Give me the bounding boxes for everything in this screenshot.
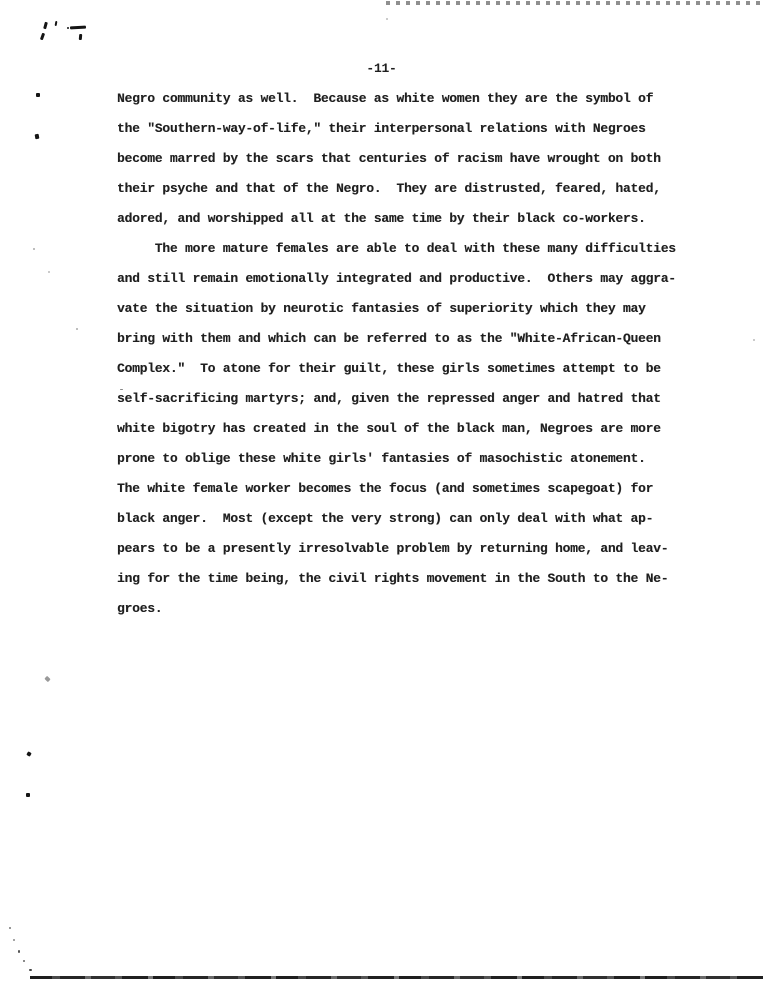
text-line: become marred by the scars that centurie… bbox=[117, 144, 676, 174]
page-number: -11- bbox=[0, 61, 763, 76]
ink-mark bbox=[43, 22, 48, 30]
ink-mark bbox=[44, 676, 50, 682]
scan-speck bbox=[13, 939, 15, 941]
scan-speck bbox=[23, 960, 25, 962]
ink-mark bbox=[40, 33, 45, 41]
scan-speck bbox=[9, 927, 11, 929]
text-line: bring with them and which can be referre… bbox=[117, 324, 676, 354]
scan-speck bbox=[386, 18, 388, 20]
paragraph-1: Negro community as well. Because as whit… bbox=[117, 84, 676, 234]
text-line: adored, and worshipped all at the same t… bbox=[117, 204, 676, 234]
text-line: pears to be a presently irresolvable pro… bbox=[117, 534, 676, 564]
text-line: their psyche and that of the Negro. They… bbox=[117, 174, 676, 204]
document-body: Negro community as well. Because as whit… bbox=[117, 84, 676, 624]
ink-mark bbox=[70, 26, 86, 30]
text-line: the "Southern-way-of-life," their interp… bbox=[117, 114, 676, 144]
scan-speck bbox=[48, 271, 50, 273]
document-page: -11- Negro community as well. Because as… bbox=[0, 0, 763, 982]
ink-mark bbox=[67, 27, 69, 29]
scan-speck bbox=[76, 328, 78, 330]
text-line: Complex." To atone for their guilt, thes… bbox=[117, 354, 676, 384]
ink-mark bbox=[26, 793, 30, 797]
text-line: Negro community as well. Because as whit… bbox=[117, 84, 676, 114]
ink-mark bbox=[26, 751, 31, 756]
text-line: groes. bbox=[117, 594, 676, 624]
ink-mark bbox=[55, 21, 58, 26]
text-line: black anger. Most (except the very stron… bbox=[117, 504, 676, 534]
ink-mark bbox=[36, 93, 40, 97]
perforation-dotted-line bbox=[386, 1, 763, 5]
text-line: ing for the time being, the civil rights… bbox=[117, 564, 676, 594]
text-line: self-sacrificing martyrs; and, given the… bbox=[117, 384, 676, 414]
scan-speck bbox=[753, 339, 755, 341]
scan-speck bbox=[18, 950, 20, 953]
paragraph-2: The more mature females are able to deal… bbox=[117, 234, 676, 624]
text-line: The white female worker becomes the focu… bbox=[117, 474, 676, 504]
ink-mark bbox=[79, 34, 83, 40]
ink-mark bbox=[35, 134, 40, 140]
text-line: The more mature females are able to deal… bbox=[117, 234, 676, 264]
scan-speck bbox=[29, 969, 32, 971]
text-line: prone to oblige these white girls' fanta… bbox=[117, 444, 676, 474]
scan-artifact-line bbox=[30, 976, 763, 979]
text-line: white bigotry has created in the soul of… bbox=[117, 414, 676, 444]
scan-speck bbox=[33, 248, 35, 250]
text-line: vate the situation by neurotic fantasies… bbox=[117, 294, 676, 324]
text-line: and still remain emotionally integrated … bbox=[117, 264, 676, 294]
